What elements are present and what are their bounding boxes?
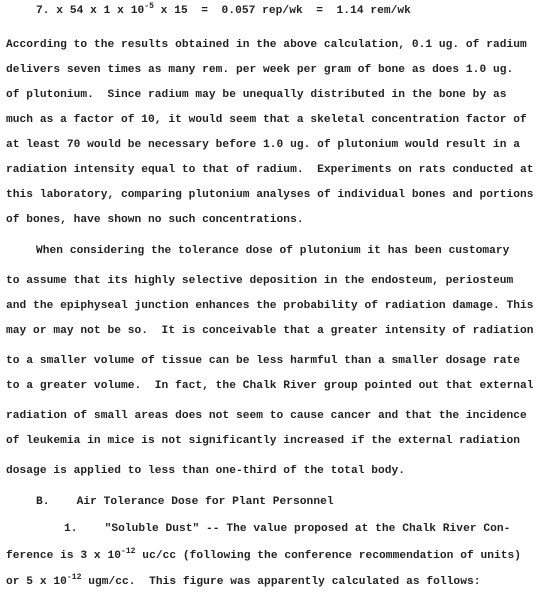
equation-prefix: 7. x 54 x 1 x 10: [36, 5, 144, 17]
paragraph-2-line: When considering the tolerance dose of p…: [36, 244, 509, 258]
paragraph-2-line: to a smaller volume of tissue can be les…: [6, 354, 520, 368]
line-3-exponent: -12: [67, 573, 82, 582]
paragraph-2-line: and the epiphyseal junction enhances the…: [6, 299, 534, 313]
paragraph-1-line: much as a factor of 10, it would seem th…: [6, 113, 527, 127]
section-title: Air Tolerance Dose for Plant Personnel: [77, 496, 334, 508]
line-2-exponent: -12: [121, 547, 136, 556]
section-label: B.: [36, 496, 50, 508]
subsection-line-3: or 5 x 10-12 ugm/cc. This figure was app…: [6, 575, 481, 589]
paragraph-1-line: at least 70 would be necessary before 1.…: [6, 138, 520, 152]
paragraph-2-line: dosage is applied to less than one-third…: [6, 464, 405, 478]
subsection-label: 1.: [64, 523, 78, 535]
paragraph-2-line: of leukemia in mice is not significantly…: [6, 434, 520, 448]
line-2-prefix: ference is 3 x 10: [6, 550, 121, 562]
document-page: 7. x 54 x 1 x 10-5 x 15 = 0.057 rep/wk =…: [0, 0, 551, 600]
paragraph-1-line: this laboratory, comparing plutonium ana…: [6, 188, 534, 202]
section-heading: B. Air Tolerance Dose for Plant Personne…: [36, 495, 334, 509]
line-3-prefix: or 5 x 10: [6, 576, 67, 588]
subsection-text: "Soluble Dust" -- The value proposed at …: [105, 523, 511, 535]
equation-suffix: x 15 = 0.057 rep/wk = 1.14 rem/wk: [154, 5, 411, 17]
paragraph-2-line: radiation of small areas does not seem t…: [6, 409, 527, 423]
paragraph-1-line: delivers seven times as many rem. per we…: [6, 63, 513, 77]
paragraph-1-line: According to the results obtained in the…: [6, 38, 527, 52]
paragraph-1-line: radiation intensity equal to that of rad…: [6, 163, 534, 177]
line-2-suffix: uc/cc (following the conference recommen…: [136, 550, 522, 562]
paragraph-2-line: to a greater volume. In fact, the Chalk …: [6, 379, 534, 393]
equation-exponent: -5: [144, 2, 154, 11]
paragraph-1-line: of bones, have shown no such concentrati…: [6, 213, 304, 227]
paragraph-2-line: to assume that its highly selective depo…: [6, 274, 513, 288]
paragraph-1-line: of plutonium. Since radium may be unequa…: [6, 88, 507, 102]
line-3-suffix: ugm/cc. This figure was apparently calcu…: [81, 576, 480, 588]
equation-line: 7. x 54 x 1 x 10-5 x 15 = 0.057 rep/wk =…: [36, 4, 411, 18]
paragraph-2-line: may or may not be so. It is conceivable …: [6, 324, 534, 338]
subsection-line-2: ference is 3 x 10-12 uc/cc (following th…: [6, 549, 521, 563]
subsection-line-1: 1. "Soluble Dust" -- The value proposed …: [64, 522, 510, 536]
